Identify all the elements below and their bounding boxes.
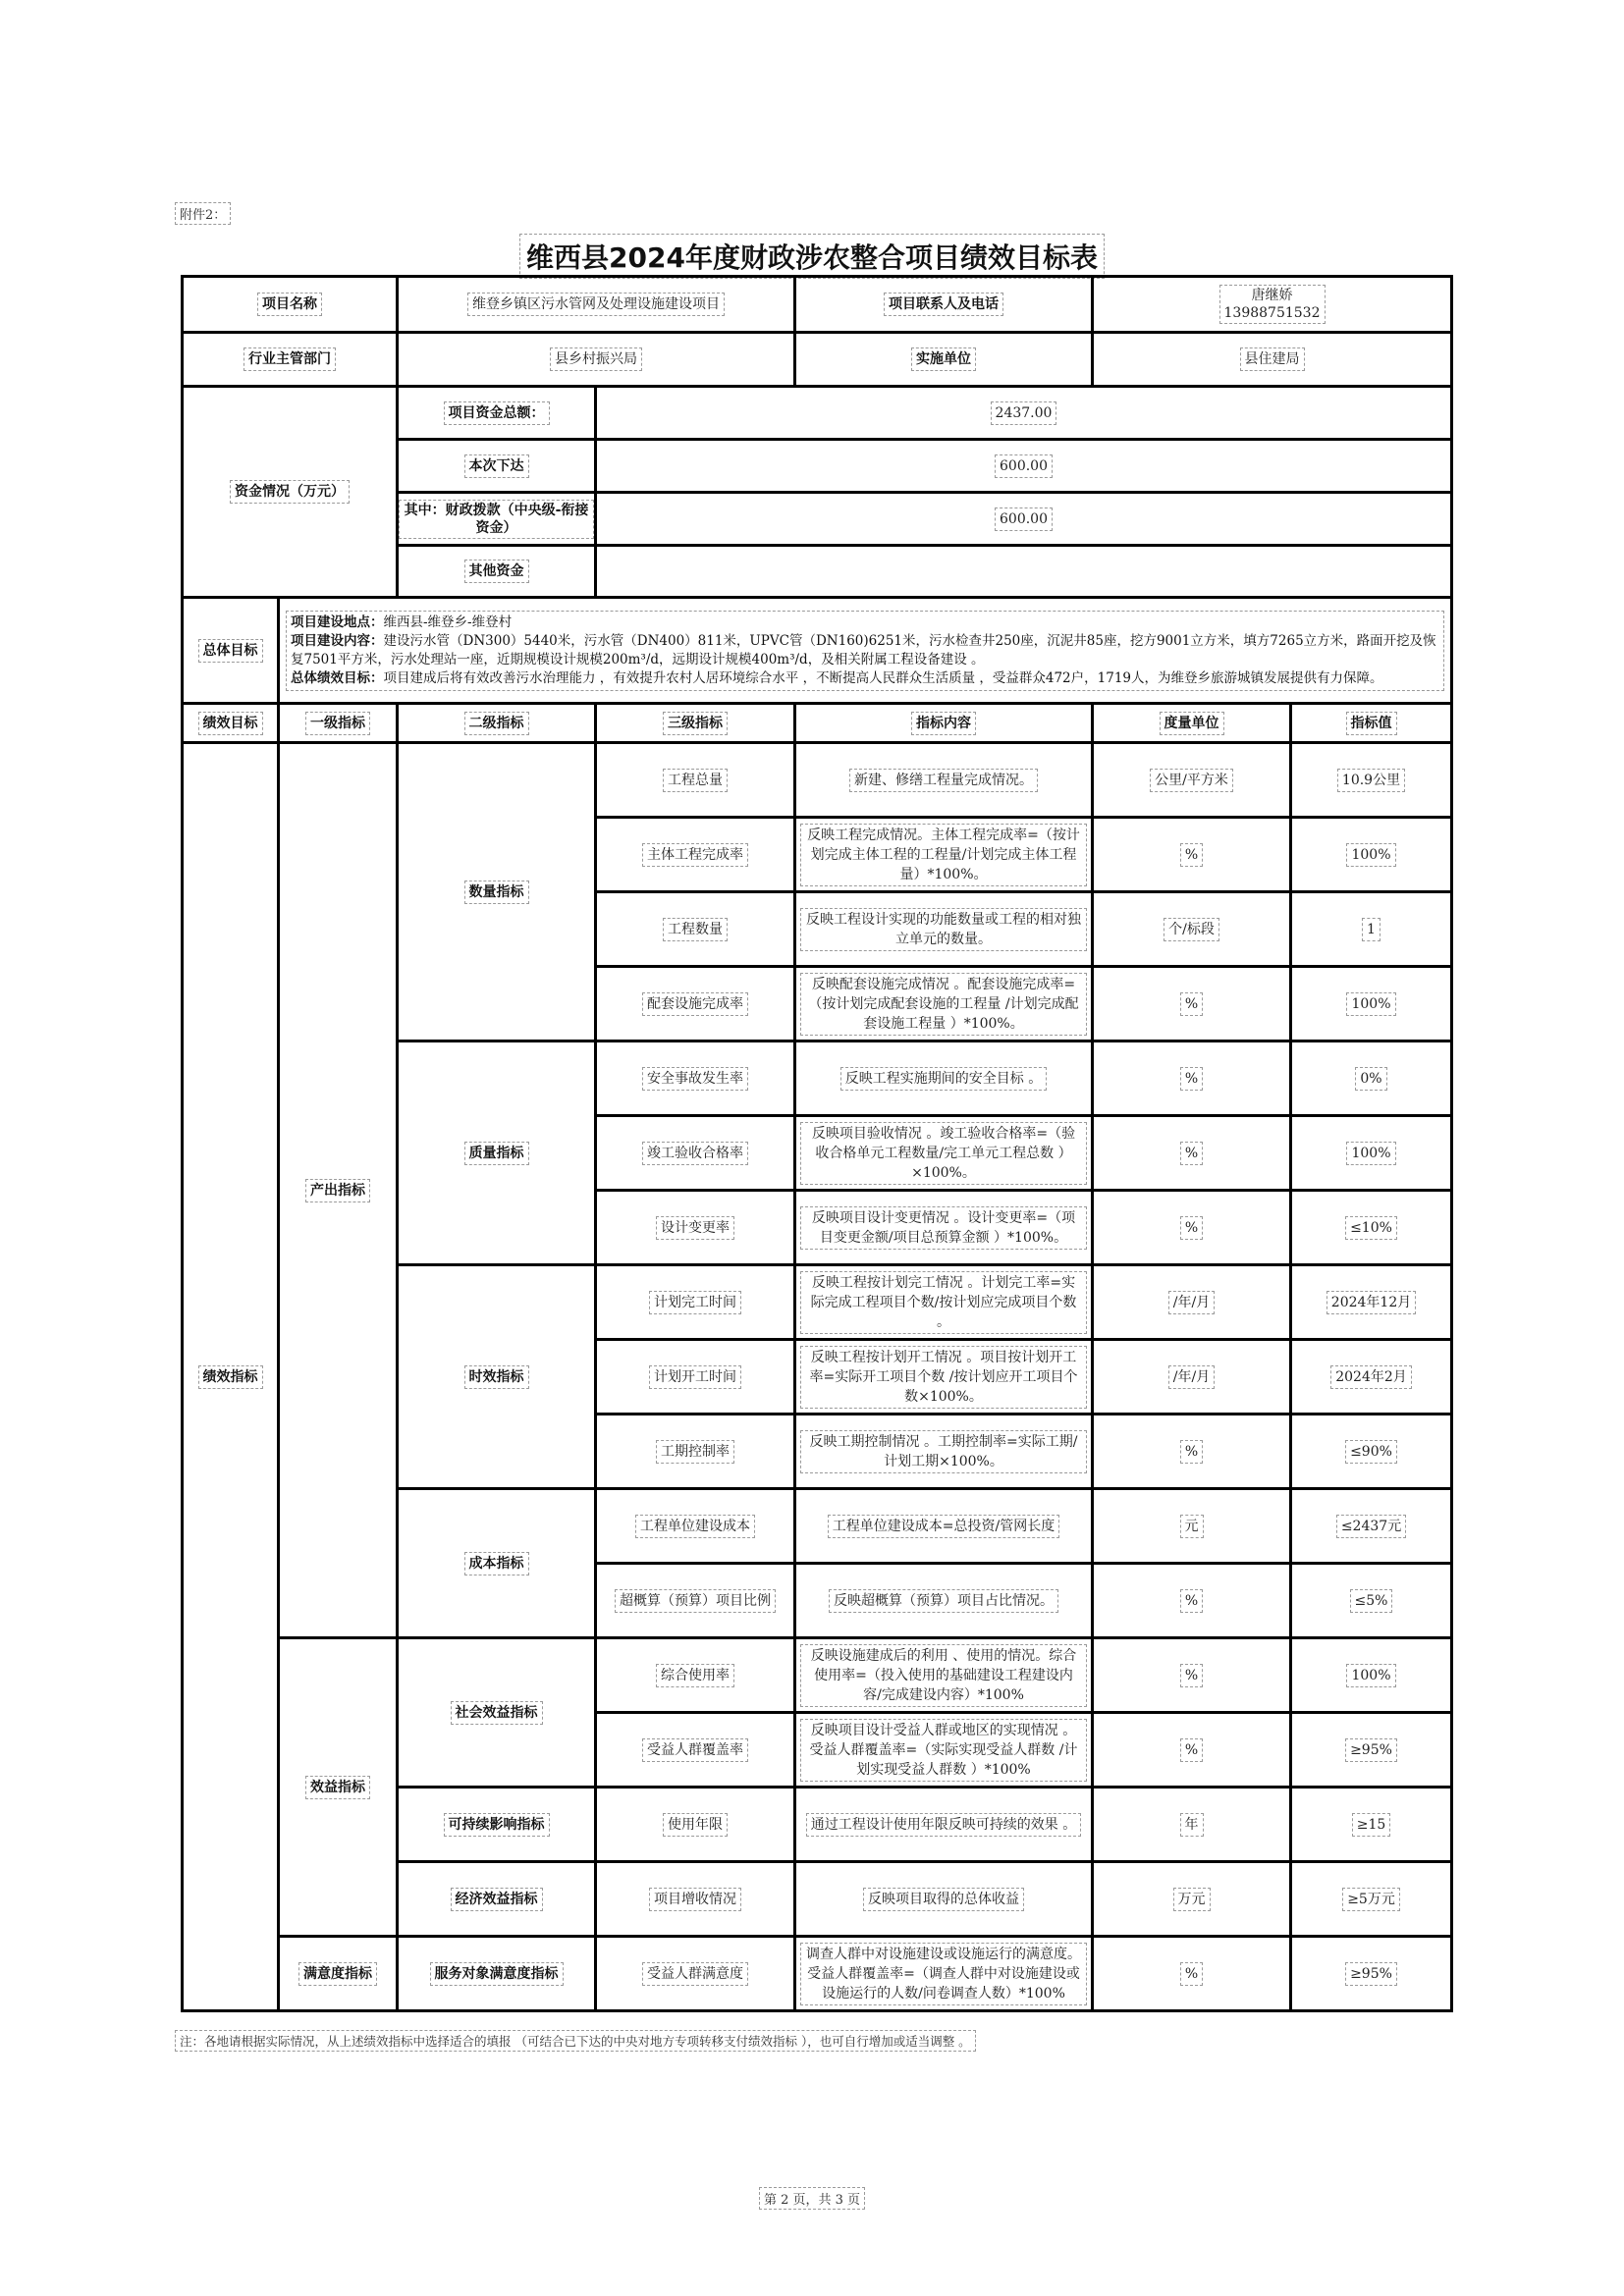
overall-location: 项目建设地点：维西县-维登乡-维登村 <box>291 614 1439 632</box>
indicator-content: 新建、修缮工程量完成情况。 <box>849 769 1038 792</box>
indicator-content: 反映工期控制情况 。工期控制率=实际工期/计划工期×100%。 <box>800 1430 1087 1473</box>
project-name-row: 项目名称 维登乡镇区污水管网及处理设施建设项目 项目联系人及电话 唐继娇1398… <box>183 277 1452 333</box>
indicator-value: ≥95% <box>1345 1962 1397 1986</box>
value-cell: ≥95% <box>1291 1937 1452 2011</box>
overall-content: 项目建设内容：建设污水管（DN300）5440米，污水管（DN400）811米，… <box>291 632 1439 669</box>
footnote: 注：各地请根据实际情况，从上述绩效指标中选择适合的填报 （可结合已下达的中央对地… <box>175 2030 976 2052</box>
indicator-root-cell: 绩效指标 <box>183 743 279 2011</box>
project-name-cell: 维登乡镇区污水管网及处理设施建设项目 <box>398 277 795 333</box>
unit-cell: % <box>1093 1713 1291 1788</box>
indicator-unit: 年 <box>1180 1813 1204 1837</box>
level3-cell: 工程总量 <box>596 743 795 818</box>
level3-name: 项目增收情况 <box>649 1888 741 1911</box>
level3-name: 受益人群满意度 <box>642 1962 748 1986</box>
level2-label: 成本指标 <box>464 1552 529 1575</box>
level1-cell: 满意度指标 <box>279 1937 398 2011</box>
level2-cell: 服务对象满意度指标 <box>398 1937 596 2011</box>
indicator-unit: 公里/平方米 <box>1150 769 1233 792</box>
unit-cell: 年 <box>1093 1788 1291 1862</box>
level3-cell: 使用年限 <box>596 1788 795 1862</box>
indicator-unit: % <box>1180 1440 1203 1464</box>
unit-cell: % <box>1093 1937 1291 2011</box>
funding-row-label: 项目资金总额： <box>398 387 596 440</box>
level3-name: 使用年限 <box>663 1813 728 1837</box>
level3-cell: 受益人群覆盖率 <box>596 1713 795 1788</box>
indicator-unit: % <box>1180 1589 1203 1613</box>
level3-name: 超概算（预算）项目比例 <box>615 1589 776 1613</box>
indicator-content: 反映项目验收情况 。竣工验收合格率=（验收合格单元工程数量/完工单元工程总数 ）… <box>800 1122 1087 1185</box>
level3-name: 计划完工时间 <box>649 1291 741 1314</box>
level2-label: 经济效益指标 <box>451 1888 543 1911</box>
unit-cell: % <box>1093 1191 1291 1265</box>
funding-row-value: 600.00 <box>596 493 1452 546</box>
dept-value: 县乡村振兴局 <box>550 347 642 371</box>
indicator-content: 反映项目设计受益人群或地区的实现情况 。受益人群覆盖率=（实际实现受益人群数 /… <box>800 1719 1087 1782</box>
indicator-unit: % <box>1180 1067 1203 1091</box>
indicator-value: ≥15 <box>1352 1813 1391 1837</box>
content-cell: 反映配套设施完成情况 。配套设施完成率=（按计划完成配套设施的工程量 /计划完成… <box>795 967 1093 1041</box>
level2-cell: 成本指标 <box>398 1489 596 1638</box>
level1-label: 产出指标 <box>305 1179 370 1202</box>
col-header: 一级指标 <box>279 704 398 743</box>
indicator-value: 2024年2月 <box>1330 1365 1412 1389</box>
page-number: 第 2 页，共 3 页 <box>0 2187 1624 2210</box>
indicator-unit: /年/月 <box>1168 1365 1215 1389</box>
dept-cell: 县乡村振兴局 <box>398 333 795 387</box>
content-cell: 工程单位建设成本=总投资/管网长度 <box>795 1489 1093 1564</box>
content-cell: 反映项目取得的总体收益 <box>795 1862 1093 1937</box>
value-cell: 2024年2月 <box>1291 1340 1452 1415</box>
content-cell: 反映项目设计受益人群或地区的实现情况 。受益人群覆盖率=（实际实现受益人群数 /… <box>795 1713 1093 1788</box>
indicator-value: 100% <box>1346 1664 1395 1687</box>
indicator-unit: % <box>1180 1216 1203 1240</box>
unit-cell: % <box>1093 1041 1291 1116</box>
value-cell: 100% <box>1291 1638 1452 1713</box>
level3-cell: 计划完工时间 <box>596 1265 795 1340</box>
level1-cell: 产出指标 <box>279 743 398 1638</box>
page-title: 维西县2024年度财政涉农整合项目绩效目标表 <box>0 234 1624 279</box>
content-cell: 调查人群中对设施建设或设施运行的满意度。受益人群覆盖率=（调查人群中对设施建设或… <box>795 1937 1093 2011</box>
impl-value: 县住建局 <box>1240 347 1305 371</box>
indicator-unit: 个/标段 <box>1164 918 1219 941</box>
indicator-content: 反映超概算（预算）项目占比情况。 <box>829 1589 1058 1613</box>
level2-label: 时效指标 <box>464 1365 529 1389</box>
value-cell: ≤5% <box>1291 1564 1452 1638</box>
unit-cell: 元 <box>1093 1489 1291 1564</box>
value-cell: 100% <box>1291 1116 1452 1191</box>
value-cell: ≥5万元 <box>1291 1862 1452 1937</box>
indicator-value: ≥5万元 <box>1342 1888 1400 1911</box>
level3-name: 工程单位建设成本 <box>635 1515 755 1538</box>
content-cell: 反映工程设计实现的功能数量或工程的相对独立单元的数量。 <box>795 892 1093 967</box>
level1-label: 效益指标 <box>305 1776 370 1799</box>
indicator-content: 反映工程完成情况。主体工程完成率=（按计划完成主体工程的工程量/计划完成主体工程… <box>800 824 1087 886</box>
indicator-value: 100% <box>1346 843 1395 867</box>
indicator-content: 反映工程按计划开工情况 。项目按计划开工率=实际开工项目个数 /按计划应开工项目… <box>800 1346 1087 1409</box>
dept-label-cell: 行业主管部门 <box>183 333 398 387</box>
indicator-unit: 元 <box>1180 1515 1204 1538</box>
level3-cell: 受益人群满意度 <box>596 1937 795 2011</box>
level3-name: 受益人群覆盖率 <box>642 1738 748 1762</box>
indicator-unit: /年/月 <box>1168 1291 1215 1314</box>
level3-name: 计划开工时间 <box>649 1365 741 1389</box>
funding-row-value: 600.00 <box>596 440 1452 493</box>
unit-cell: % <box>1093 1415 1291 1489</box>
value-cell: ≤10% <box>1291 1191 1452 1265</box>
indicator-header-row: 绩效目标 一级指标 二级指标 三级指标 指标内容 度量单位 指标值 <box>183 704 1452 743</box>
unit-cell: 万元 <box>1093 1862 1291 1937</box>
indicator-value: 1 <box>1362 918 1380 941</box>
indicator-row: 绩效指标产出指标数量指标工程总量新建、修缮工程量完成情况。公里/平方米10.9公… <box>183 743 1452 818</box>
indicator-row: 满意度指标服务对象满意度指标受益人群满意度调查人群中对设施建设或设施运行的满意度… <box>183 1937 1452 2011</box>
content-cell: 反映工期控制情况 。工期控制率=实际工期/计划工期×100%。 <box>795 1415 1093 1489</box>
value-cell: 0% <box>1291 1041 1452 1116</box>
contact-name: 唐继娇 <box>1252 288 1293 303</box>
level2-label: 质量指标 <box>464 1142 529 1165</box>
value-cell: 2024年12月 <box>1291 1265 1452 1340</box>
funding-row-label: 其他资金 <box>398 546 596 598</box>
content-cell: 反映项目验收情况 。竣工验收合格率=（验收合格单元工程数量/完工单元工程总数 ）… <box>795 1116 1093 1191</box>
value-cell: 10.9公里 <box>1291 743 1452 818</box>
overall-goal: 总体绩效目标：项目建成后将有效改善污水治理能力 ，有效提升农村人居环境综合水平 … <box>291 669 1439 688</box>
col-header: 指标值 <box>1291 704 1452 743</box>
content-cell: 反映工程完成情况。主体工程完成率=（按计划完成主体工程的工程量/计划完成主体工程… <box>795 818 1093 892</box>
indicator-unit: % <box>1180 1962 1203 1986</box>
indicator-content: 反映工程设计实现的功能数量或工程的相对独立单元的数量。 <box>800 908 1087 951</box>
unit-cell: % <box>1093 818 1291 892</box>
indicator-content: 反映工程实施期间的安全目标 。 <box>840 1067 1047 1091</box>
level2-cell: 社会效益指标 <box>398 1638 596 1788</box>
indicator-value: 2024年12月 <box>1326 1291 1416 1314</box>
project-name-label-cell: 项目名称 <box>183 277 398 333</box>
funding-row-label: 其中：财政拨款（中央级-衔接资金） <box>398 493 596 546</box>
level3-name: 设计变更率 <box>656 1216 734 1240</box>
col-header: 绩效目标 <box>183 704 279 743</box>
department-row: 行业主管部门 县乡村振兴局 实施单位 县住建局 <box>183 333 1452 387</box>
content-cell: 反映工程按计划完工情况 。计划完工率=实际完成工程项目个数/按计划应完成项目个数… <box>795 1265 1093 1340</box>
value-cell: ≤2437元 <box>1291 1489 1452 1564</box>
indicator-value: 0% <box>1355 1067 1386 1091</box>
col-header: 二级指标 <box>398 704 596 743</box>
overall-content-cell: 项目建设地点：维西县-维登乡-维登村 项目建设内容：建设污水管（DN300）54… <box>279 598 1452 704</box>
impl-cell: 县住建局 <box>1093 333 1452 387</box>
level3-cell: 项目增收情况 <box>596 1862 795 1937</box>
funding-row-value: 2437.00 <box>596 387 1452 440</box>
indicator-value: ≤90% <box>1345 1440 1397 1464</box>
funding-row: 资金情况（万元） 项目资金总额： 2437.00 <box>183 387 1452 440</box>
indicator-content: 反映项目设计变更情况 。设计变更率=（项目变更金额/项目总预算金额 ）*100%… <box>800 1206 1087 1250</box>
level3-cell: 安全事故发生率 <box>596 1041 795 1116</box>
indicator-value: 10.9公里 <box>1337 769 1405 792</box>
unit-cell: % <box>1093 1564 1291 1638</box>
performance-target-table: 项目名称 维登乡镇区污水管网及处理设施建设项目 项目联系人及电话 唐继娇1398… <box>181 275 1453 2012</box>
title-text: 维西县2024年度财政涉农整合项目绩效目标表 <box>519 234 1105 279</box>
indicator-unit: % <box>1180 992 1203 1016</box>
level3-cell: 主体工程完成率 <box>596 818 795 892</box>
level3-cell: 竣工验收合格率 <box>596 1116 795 1191</box>
level3-cell: 计划开工时间 <box>596 1340 795 1415</box>
value-cell: 1 <box>1291 892 1452 967</box>
level3-name: 工程数量 <box>663 918 728 941</box>
indicator-content: 工程单位建设成本=总投资/管网长度 <box>828 1515 1059 1538</box>
overall-label-cell: 总体目标 <box>183 598 279 704</box>
unit-cell: % <box>1093 1116 1291 1191</box>
indicator-value: ≤2437元 <box>1336 1515 1406 1538</box>
indicator-content: 反映配套设施完成情况 。配套设施完成率=（按计划完成配套设施的工程量 /计划完成… <box>800 973 1087 1036</box>
level3-cell: 工期控制率 <box>596 1415 795 1489</box>
unit-cell: % <box>1093 967 1291 1041</box>
level2-cell: 经济效益指标 <box>398 1862 596 1937</box>
level2-cell: 可持续影响指标 <box>398 1788 596 1862</box>
content-cell: 反映工程实施期间的安全目标 。 <box>795 1041 1093 1116</box>
unit-cell: /年/月 <box>1093 1340 1291 1415</box>
indicator-content: 反映设施建成后的利用 、使用的情况。综合使用率=（投入使用的基础建设工程建设内容… <box>800 1644 1087 1707</box>
col-header: 三级指标 <box>596 704 795 743</box>
attachment-label: 附件2： <box>175 202 231 225</box>
level3-name: 综合使用率 <box>656 1664 734 1687</box>
content-cell: 反映项目设计变更情况 。设计变更率=（项目变更金额/项目总预算金额 ）*100%… <box>795 1191 1093 1265</box>
impl-label-cell: 实施单位 <box>795 333 1093 387</box>
value-cell: ≤90% <box>1291 1415 1452 1489</box>
level2-label: 数量指标 <box>464 881 529 904</box>
level3-cell: 工程数量 <box>596 892 795 967</box>
level3-name: 安全事故发生率 <box>642 1067 748 1091</box>
level3-name: 主体工程完成率 <box>642 843 748 867</box>
indicator-unit: % <box>1180 843 1203 867</box>
value-cell: 100% <box>1291 818 1452 892</box>
indicator-unit: % <box>1180 1664 1203 1687</box>
level3-cell: 设计变更率 <box>596 1191 795 1265</box>
overall-target-row: 总体目标 项目建设地点：维西县-维登乡-维登村 项目建设内容：建设污水管（DN3… <box>183 598 1452 704</box>
indicator-content: 反映项目取得的总体收益 <box>863 1888 1024 1911</box>
level2-label: 服务对象满意度指标 <box>430 1962 564 1986</box>
col-header: 度量单位 <box>1093 704 1291 743</box>
indicator-content: 调查人群中对设施建设或设施运行的满意度。受益人群覆盖率=（调查人群中对设施建设或… <box>800 1943 1087 2005</box>
indicator-value: ≤5% <box>1350 1589 1393 1613</box>
content-cell: 反映设施建成后的利用 、使用的情况。综合使用率=（投入使用的基础建设工程建设内容… <box>795 1638 1093 1713</box>
level3-cell: 配套设施完成率 <box>596 967 795 1041</box>
level3-cell: 超概算（预算）项目比例 <box>596 1564 795 1638</box>
indicator-content: 通过工程设计使用年限反映可持续的效果 。 <box>806 1813 1081 1837</box>
unit-cell: /年/月 <box>1093 1265 1291 1340</box>
indicator-value: 100% <box>1346 1142 1395 1165</box>
indicator-value: ≤10% <box>1345 1216 1397 1240</box>
indicator-unit: 万元 <box>1173 1888 1211 1911</box>
content-cell: 通过工程设计使用年限反映可持续的效果 。 <box>795 1788 1093 1862</box>
level2-label: 可持续影响指标 <box>444 1813 550 1837</box>
project-name-value: 维登乡镇区污水管网及处理设施建设项目 <box>467 293 725 316</box>
funding-label-cell: 资金情况（万元） <box>183 387 398 598</box>
funding-row-label: 本次下达 <box>398 440 596 493</box>
content-cell: 新建、修缮工程量完成情况。 <box>795 743 1093 818</box>
unit-cell: 公里/平方米 <box>1093 743 1291 818</box>
level3-name: 配套设施完成率 <box>642 992 748 1016</box>
level1-cell: 效益指标 <box>279 1638 398 1937</box>
value-cell: ≥15 <box>1291 1788 1452 1862</box>
level3-cell: 综合使用率 <box>596 1638 795 1713</box>
indicator-value: 100% <box>1346 992 1395 1016</box>
level2-cell: 质量指标 <box>398 1041 596 1265</box>
level3-name: 工程总量 <box>663 769 728 792</box>
funding-row-value <box>596 546 1452 598</box>
level3-name: 竣工验收合格率 <box>642 1142 748 1165</box>
level1-label: 满意度指标 <box>298 1962 377 1986</box>
contact-phone: 13988751532 <box>1224 305 1321 321</box>
unit-cell: 个/标段 <box>1093 892 1291 967</box>
content-cell: 反映超概算（预算）项目占比情况。 <box>795 1564 1093 1638</box>
col-header: 指标内容 <box>795 704 1093 743</box>
unit-cell: % <box>1093 1638 1291 1713</box>
level3-cell: 工程单位建设成本 <box>596 1489 795 1564</box>
indicator-row: 效益指标社会效益指标综合使用率反映设施建成后的利用 、使用的情况。综合使用率=（… <box>183 1638 1452 1713</box>
level2-cell: 时效指标 <box>398 1265 596 1489</box>
level3-name: 工期控制率 <box>656 1440 734 1464</box>
value-cell: 100% <box>1291 967 1452 1041</box>
indicator-unit: % <box>1180 1738 1203 1762</box>
contact-cell: 唐继娇13988751532 <box>1093 277 1452 333</box>
level2-cell: 数量指标 <box>398 743 596 1041</box>
value-cell: ≥95% <box>1291 1713 1452 1788</box>
indicator-content: 反映工程按计划完工情况 。计划完工率=实际完成工程项目个数/按计划应完成项目个数… <box>800 1271 1087 1334</box>
indicator-root-label: 绩效指标 <box>198 1365 263 1389</box>
level2-label: 社会效益指标 <box>451 1701 543 1725</box>
indicator-value: ≥95% <box>1345 1738 1397 1762</box>
content-cell: 反映工程按计划开工情况 。项目按计划开工率=实际开工项目个数 /按计划应开工项目… <box>795 1340 1093 1415</box>
contact-label-cell: 项目联系人及电话 <box>795 277 1093 333</box>
indicator-unit: % <box>1180 1142 1203 1165</box>
